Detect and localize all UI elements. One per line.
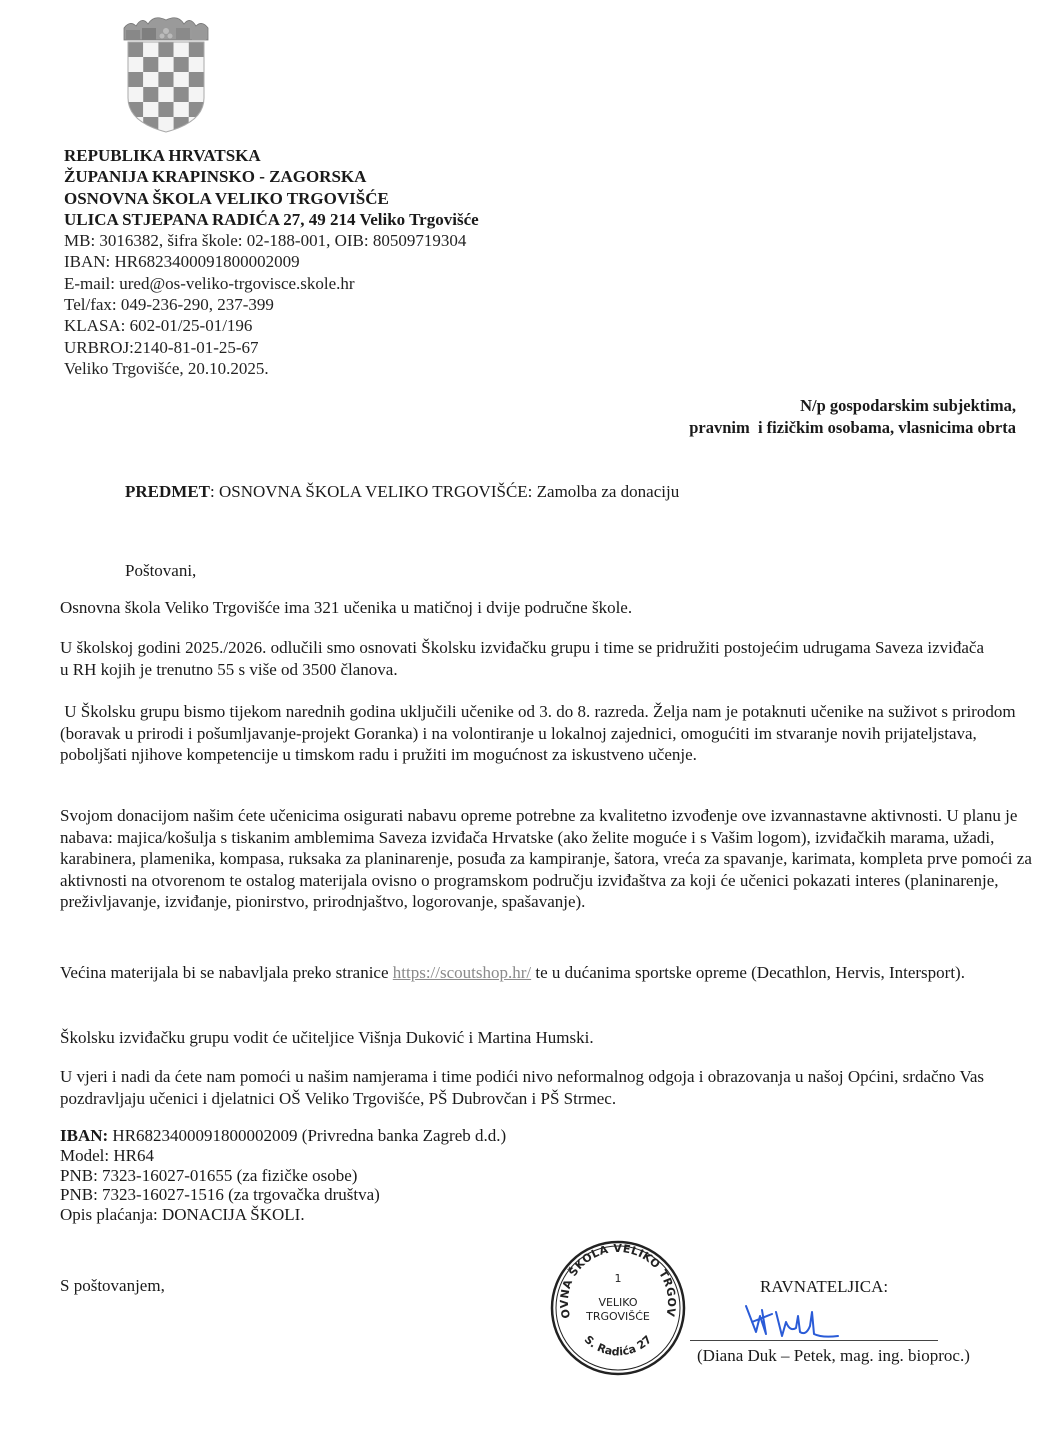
subject-label: PREDMET bbox=[125, 482, 210, 501]
recipient-line-1: N/p gospodarskim subjektima, bbox=[689, 395, 1016, 417]
payment-model: Model: HR64 bbox=[60, 1146, 506, 1166]
letterhead-school: OSNOVNA ŠKOLA VELIKO TRGOVIŠĆE bbox=[64, 188, 479, 209]
payment-pnb-individuals: PNB: 7323-16027-01655 (za fizičke osobe) bbox=[60, 1166, 506, 1186]
signatory-role: RAVNATELJICA: bbox=[760, 1277, 888, 1297]
header-klasa: KLASA: 602-01/25-01/196 bbox=[64, 315, 479, 336]
payment-description: Opis plaćanja: DONACIJA ŠKOLI. bbox=[60, 1205, 506, 1225]
scoutshop-link[interactable]: https://scoutshop.hr/ bbox=[393, 963, 531, 982]
subject-line: PREDMET: OSNOVNA ŠKOLA VELIKO TRGOVIŠĆE:… bbox=[125, 482, 679, 502]
header-telfax: Tel/fax: 049-236-290, 237-399 bbox=[64, 294, 479, 315]
paragraph-leaders: Školsku izviđačku grupu vodit će učitelj… bbox=[60, 1027, 1022, 1049]
paragraph-text: U vjeri i nadi da ćete nam pomoći u naši… bbox=[60, 1066, 1005, 1109]
paragraph-shops: Većina materijala bi se nabavljala preko… bbox=[60, 962, 1025, 984]
paragraph-donation: Svojom donacijom našim ćete učenicima os… bbox=[60, 805, 1045, 913]
letterhead-address: ULICA STJEPANA RADIĆA 27, 49 214 Veliko … bbox=[64, 209, 479, 230]
letterhead: REPUBLIKA HRVATSKA ŽUPANIJA KRAPINSKO - … bbox=[64, 145, 479, 379]
payment-details: IBAN: HR6823400091800002009 (Privredna b… bbox=[60, 1126, 506, 1225]
paragraph-text: Školsku izviđačku grupu vodit će učitelj… bbox=[60, 1027, 1022, 1049]
recipient-line-2: pravnim i fizičkim osobama, vlasnicima o… bbox=[689, 417, 1016, 439]
svg-text:1: 1 bbox=[615, 1272, 622, 1285]
paragraph-text: Svojom donacijom našim ćete učenicima os… bbox=[60, 805, 1045, 913]
header-urbroj: URBROJ:2140-81-01-25-67 bbox=[64, 337, 479, 358]
paragraph-text: U školskoj godini 2025./2026. odlučili s… bbox=[60, 637, 995, 680]
signature-line bbox=[690, 1340, 938, 1341]
payment-iban-value: HR6823400091800002009 (Privredna banka Z… bbox=[108, 1126, 506, 1145]
svg-text:VELIKO: VELIKO bbox=[598, 1296, 637, 1309]
recipient-block: N/p gospodarskim subjektima, pravnim i f… bbox=[689, 395, 1016, 439]
svg-text:TRGOVIŠĆE: TRGOVIŠĆE bbox=[585, 1310, 650, 1323]
paragraph-text: Osnovna škola Veliko Trgovišće ima 321 u… bbox=[60, 597, 1022, 619]
handwritten-signature-icon bbox=[742, 1302, 842, 1340]
header-email: E-mail: ured@os-veliko-trgovisce.skole.h… bbox=[64, 273, 479, 294]
paragraph-intro: Osnovna škola Veliko Trgovišće ima 321 u… bbox=[60, 597, 1022, 619]
paragraph-closing-wishes: U vjeri i nadi da ćete nam pomoći u naši… bbox=[60, 1066, 1005, 1109]
paragraph-text: te u dućanima sportske opreme (Decathlon… bbox=[531, 963, 965, 982]
croatian-coat-of-arms-icon bbox=[118, 10, 214, 134]
paragraph-scout-group: U školskoj godini 2025./2026. odlučili s… bbox=[60, 637, 995, 680]
paragraph-text: Većina materijala bi se nabavljala preko… bbox=[60, 963, 393, 982]
closing-salutation: S poštovanjem, bbox=[60, 1276, 165, 1296]
paragraph-text: U Školsku grupu bismo tijekom narednih g… bbox=[60, 701, 1035, 766]
registry-numbers: MB: 3016382, šifra škole: 02-188-001, OI… bbox=[64, 230, 479, 251]
letterhead-county: ŽUPANIJA KRAPINSKO - ZAGORSKA bbox=[64, 166, 479, 187]
header-date: Veliko Trgovišće, 20.10.2025. bbox=[64, 358, 479, 379]
greeting: Poštovani, bbox=[125, 561, 196, 581]
payment-pnb-companies: PNB: 7323-16027-1516 (za trgovačka društ… bbox=[60, 1185, 506, 1205]
payment-iban-label: IBAN: bbox=[60, 1126, 108, 1145]
header-iban: IBAN: HR6823400091800002009 bbox=[64, 251, 479, 272]
letterhead-country: REPUBLIKA HRVATSKA bbox=[64, 145, 479, 166]
school-stamp-icon: OSNOVNA ŠKOLA VELIKO TRGOVIŠĆE — S. Radi… bbox=[548, 1238, 688, 1378]
subject-text: : OSNOVNA ŠKOLA VELIKO TRGOVIŠĆE: Zamolb… bbox=[210, 482, 679, 501]
signatory-name: (Diana Duk – Petek, mag. ing. bioproc.) bbox=[697, 1346, 970, 1366]
paragraph-goals: U Školsku grupu bismo tijekom narednih g… bbox=[60, 701, 1035, 766]
